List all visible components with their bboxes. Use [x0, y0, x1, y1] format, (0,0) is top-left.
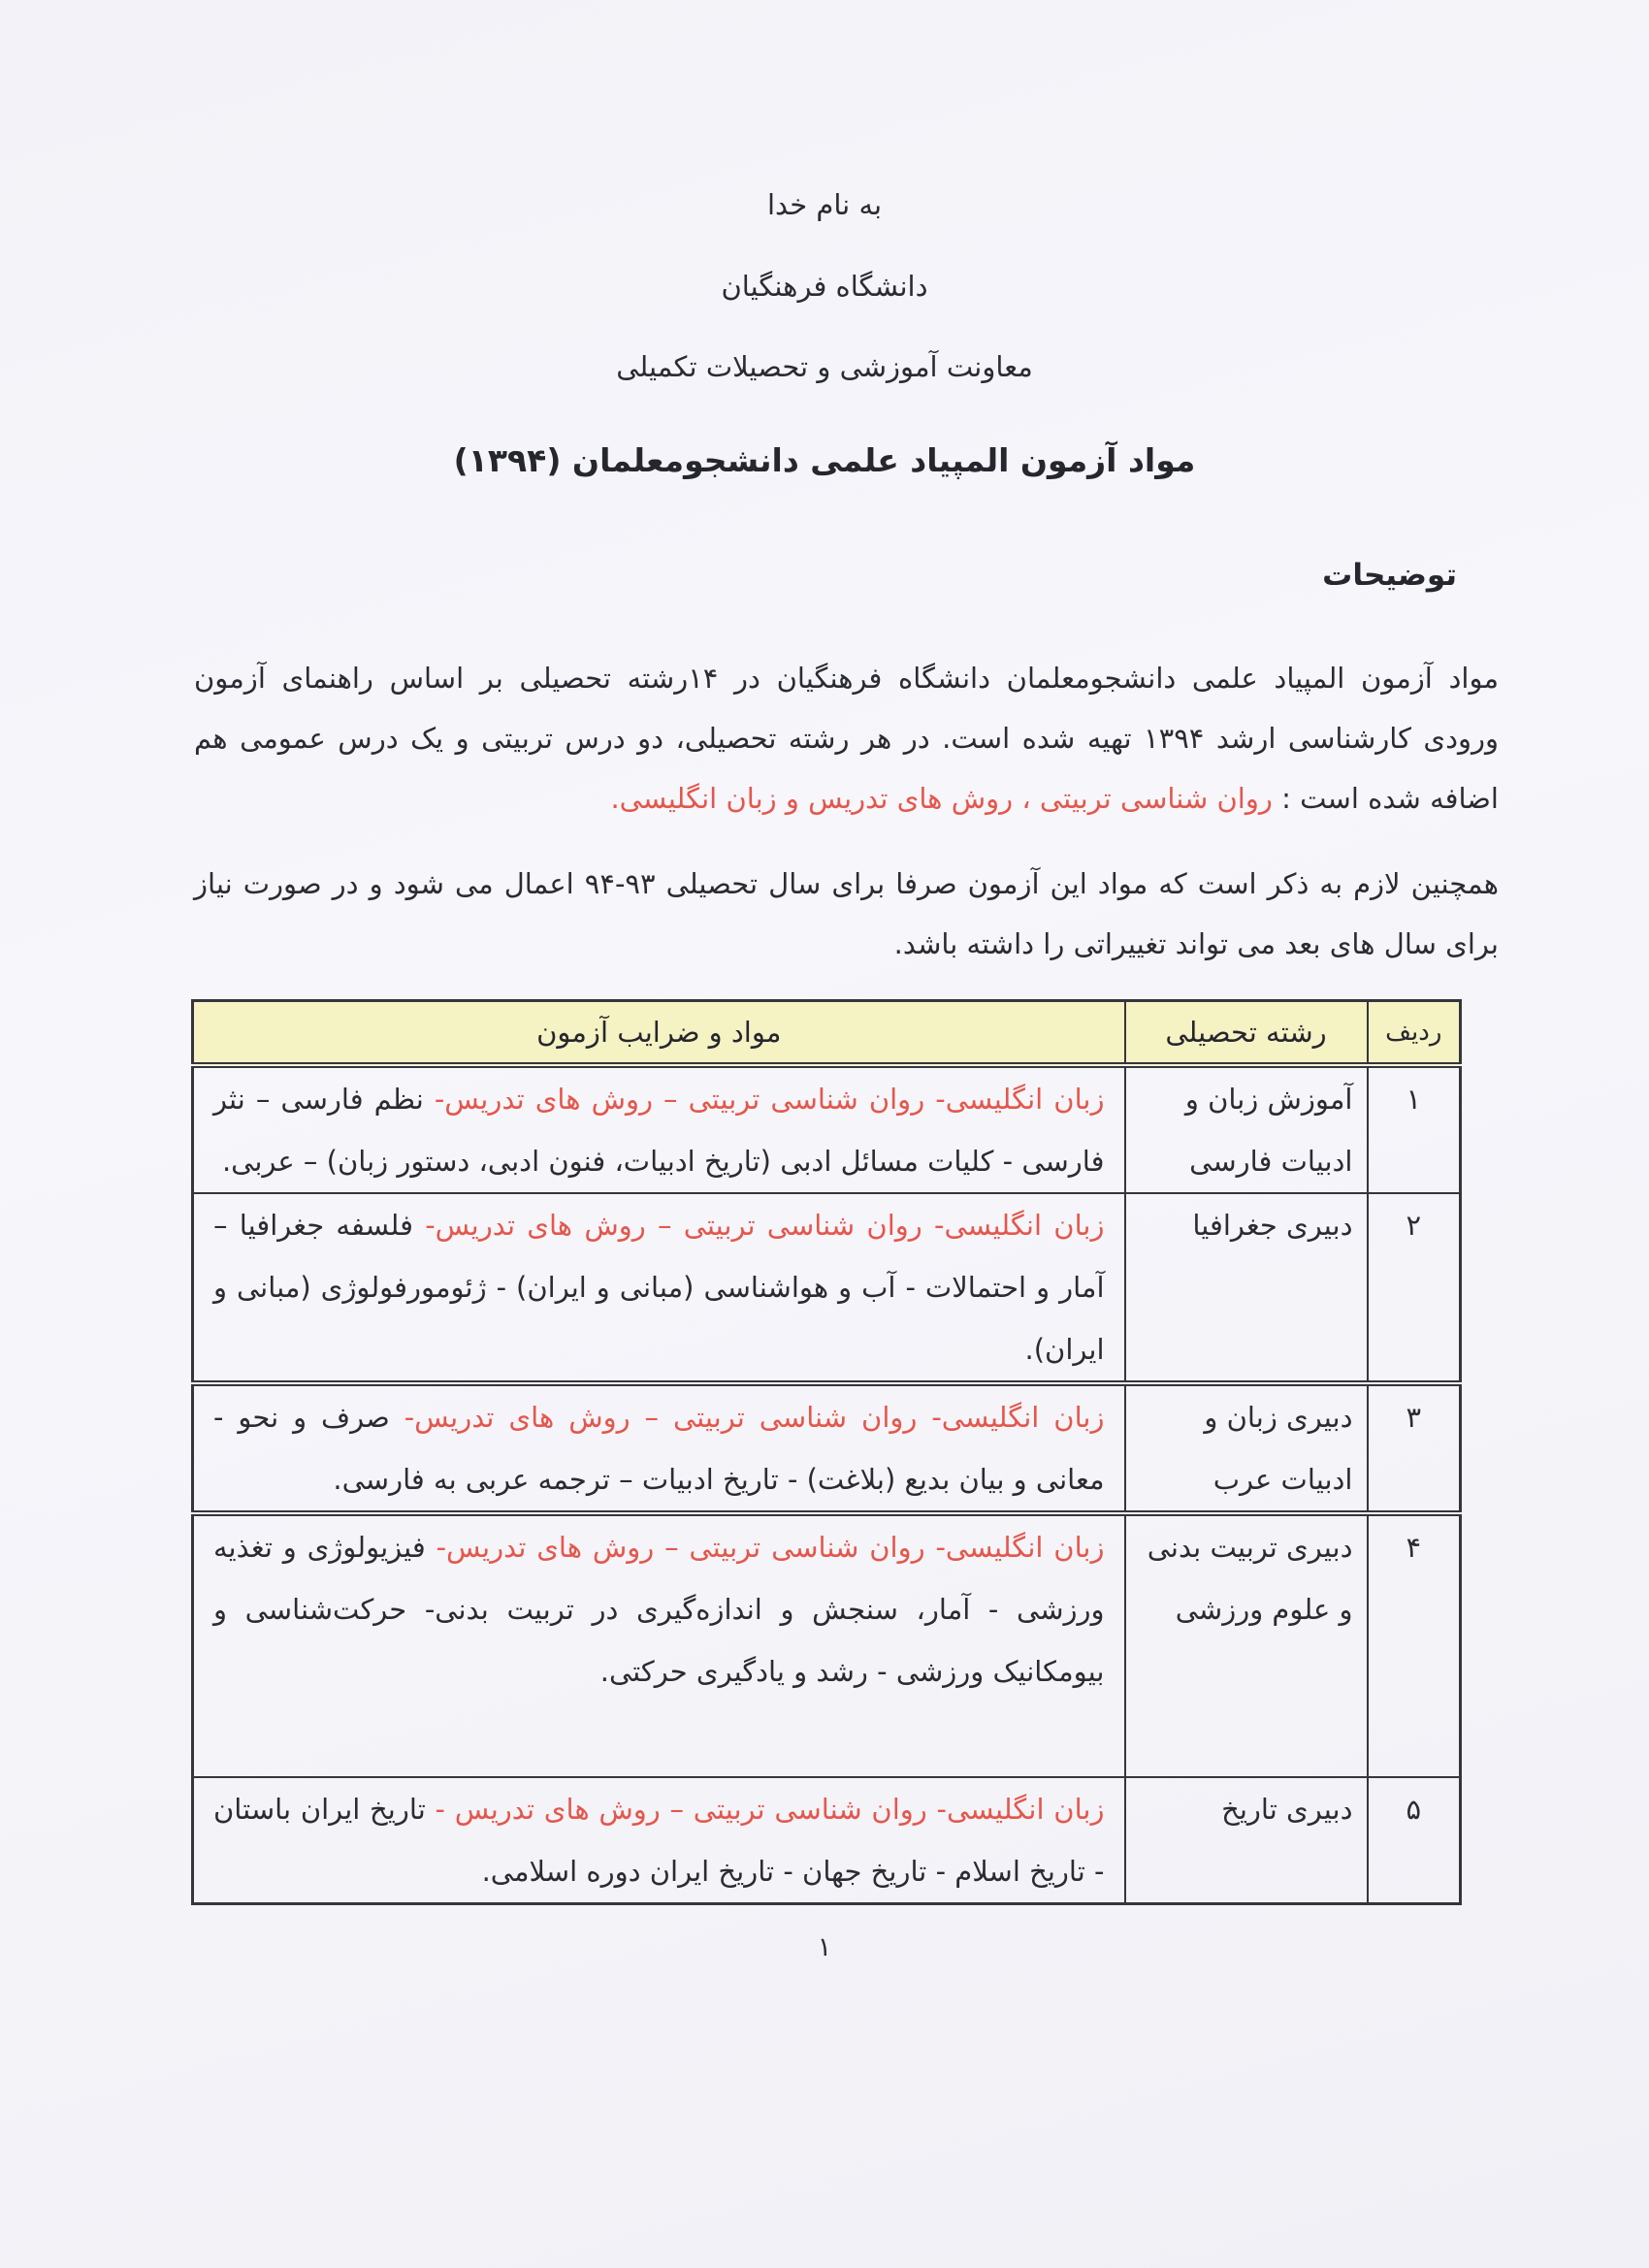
- document-page: به نام خدا دانشگاه فرهنگیان معاونت آموزش…: [0, 0, 1649, 2268]
- materials-red-segment: زبان انگلیسی- روان شناسی تربیتی – روش ها…: [435, 1083, 1105, 1116]
- university-name: دانشگاه فرهنگیان: [0, 267, 1649, 306]
- para-line: همچنین لازم به ذکر است که مواد این آزمون…: [194, 854, 1499, 914]
- note-paragraph: همچنین لازم به ذکر است که مواد این آزمون…: [194, 854, 1499, 974]
- materials-cell: زبان انگلیسی- روان شناسی تربیتی – روش ها…: [193, 1777, 1125, 1904]
- table-row: ۱ آموزش زبان و ادبیات فارسی زبان انگلیسی…: [193, 1065, 1461, 1193]
- table-row: ۳ دبیری زبان و ادبیات عرب زبان انگلیسی- …: [193, 1383, 1461, 1513]
- row-number-cell: ۱: [1368, 1065, 1461, 1193]
- row-number-cell: ۳: [1368, 1383, 1461, 1513]
- materials-red-segment: زبان انگلیسی- روان شناسی تربیتی – روش ها…: [436, 1793, 1105, 1826]
- field-cell: دبیری تربیت بدنی و علوم ورزشی: [1125, 1513, 1368, 1777]
- materials-red-segment: زبان انگلیسی- روان شناسی تربیتی – روش ها…: [425, 1209, 1104, 1242]
- document-title: مواد آزمون المپیاد علمی دانشجومعلمان (۱۳…: [0, 439, 1649, 482]
- row-number-cell: ۲: [1368, 1193, 1461, 1383]
- para-line: برای سال های بعد می تواند تغییراتی را دا…: [194, 914, 1499, 974]
- intro-paragraph: مواد آزمون المپیاد علمی دانشجومعلمان دان…: [194, 648, 1499, 828]
- materials-cell: زبان انگلیسی- روان شناسی تربیتی – روش ها…: [193, 1383, 1125, 1513]
- field-cell: دبیری زبان و ادبیات عرب: [1125, 1383, 1368, 1513]
- notes-heading: توضیحات: [1322, 555, 1457, 596]
- materials-cell: زبان انگلیسی- روان شناسی تربیتی – روش ها…: [193, 1513, 1125, 1777]
- page-number: ۱: [0, 1930, 1649, 1965]
- para-line: اضافه شده است : روان شناسی تربیتی ، روش …: [194, 768, 1499, 828]
- bismillah-line: به نام خدا: [0, 185, 1649, 224]
- field-cell: دبیری جغرافیا: [1125, 1193, 1368, 1383]
- materials-cell: زبان انگلیسی- روان شناسی تربیتی – روش ها…: [193, 1065, 1125, 1193]
- para-line-black-segment: اضافه شده است :: [1273, 782, 1499, 815]
- materials-cell: زبان انگلیسی- روان شناسی تربیتی – روش ها…: [193, 1193, 1125, 1383]
- field-column-header: رشته تحصیلی: [1125, 1001, 1368, 1066]
- materials-column-header: مواد و ضرایب آزمون: [193, 1001, 1125, 1066]
- table-row: ۵ دبیری تاریخ زبان انگلیسی- روان شناسی ت…: [193, 1777, 1461, 1904]
- para-line: ورودی کارشناسی ارشد ۱۳۹۴ تهیه شده است. د…: [194, 708, 1499, 768]
- materials-red-segment: زبان انگلیسی- روان شناسی تربیتی – روش ها…: [404, 1401, 1105, 1434]
- field-cell: دبیری تاریخ: [1125, 1777, 1368, 1904]
- para-line: مواد آزمون المپیاد علمی دانشجومعلمان دان…: [194, 648, 1499, 708]
- materials-red-segment: زبان انگلیسی- روان شناسی تربیتی – روش ها…: [436, 1531, 1105, 1564]
- field-cell: آموزش زبان و ادبیات فارسی: [1125, 1065, 1368, 1193]
- table-header-row: ردیف رشته تحصیلی مواد و ضرایب آزمون: [193, 1001, 1461, 1066]
- department-name: معاونت آموزشی و تحصیلات تکمیلی: [0, 347, 1649, 386]
- row-number-column-header: ردیف: [1368, 1001, 1461, 1066]
- row-number-cell: ۵: [1368, 1777, 1461, 1904]
- table-row: ۲ دبیری جغرافیا زبان انگلیسی- روان شناسی…: [193, 1193, 1461, 1383]
- exam-materials-table: ردیف رشته تحصیلی مواد و ضرایب آزمون ۱ آم…: [191, 999, 1462, 1905]
- table-row: ۴ دبیری تربیت بدنی و علوم ورزشی زبان انگ…: [193, 1513, 1461, 1777]
- added-subjects-red-text: روان شناسی تربیتی ، روش های تدریس و زبان…: [610, 782, 1272, 815]
- row-number-cell: ۴: [1368, 1513, 1461, 1777]
